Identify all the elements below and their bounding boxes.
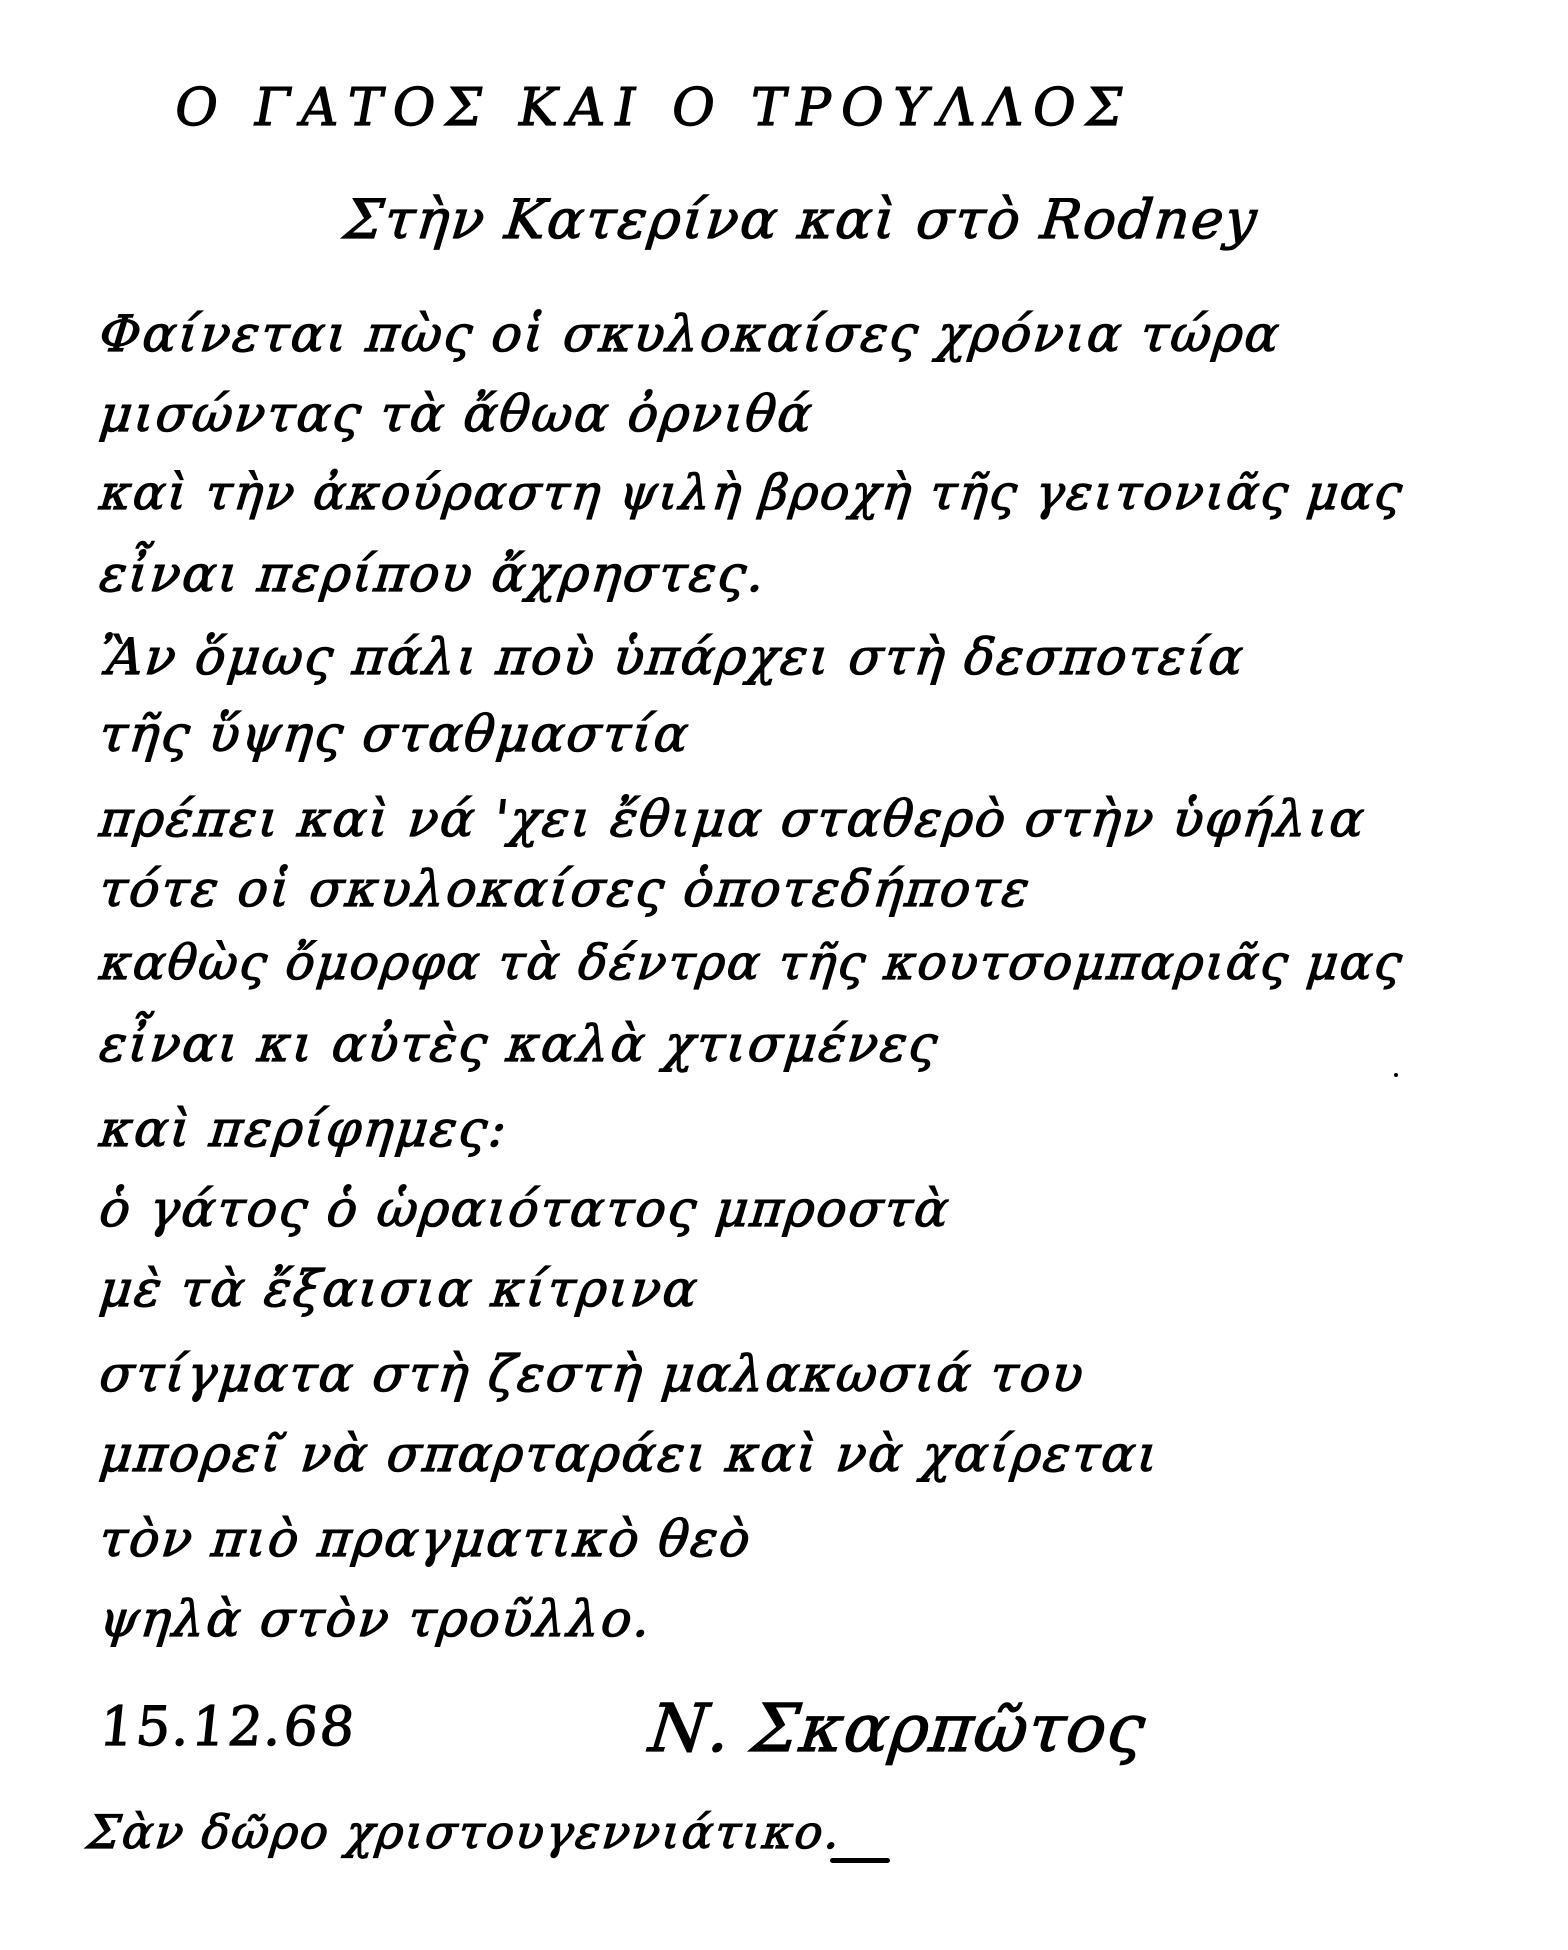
poem-line: τότε οἱ σκυλοκαίσες ὁποτεδήποτε [97, 860, 1034, 918]
poem-line: ὁ γάτος ὁ ὡραιότατος μπροστὰ [97, 1180, 954, 1238]
postscript: Σὰν δῶρο χριστουγεννιάτικο. [85, 1805, 844, 1859]
poem-line: καὶ τὴν ἀκούραστη ψιλὴ βροχὴ τῆς γειτονι… [97, 465, 1407, 521]
poem-line: καθὼς ὄμορφα τὰ δέντρα τῆς κουτσομπαριᾶς… [97, 935, 1406, 991]
closing-dash [830, 1858, 890, 1863]
ink-speck [1394, 1073, 1398, 1077]
dedication: Στὴν Κατερίνα καὶ στὸ Rodney [342, 188, 1262, 251]
poem-line: τῆς ὕψης σταθμαστία [97, 705, 693, 763]
poem-line: ψηλὰ στὸν τροῦλλο. [97, 1590, 655, 1648]
handwritten-manuscript-page: Ο ΓΑΤΟΣ ΚΑΙ Ο ΤΡΟΥΛΛΟΣ Στὴν Κατερίνα καὶ… [0, 0, 1568, 1950]
poem-line: εἶναι κι αὐτὲς καλὰ χτισμένες [97, 1015, 942, 1073]
poem-line: μὲ τὰ ἔξαισια κίτρινα [97, 1260, 702, 1318]
poem-line: καὶ περίφημες: [97, 1100, 511, 1158]
poem-line: Φαίνεται πὼς οἱ σκυλοκαίσες χρόνια τώρα [97, 305, 1284, 363]
signature: Ν. Σκαρπῶτος [646, 1690, 1150, 1767]
poem-line: πρέπει καὶ νά 'χει ἔθιμα σταθερὸ στὴν ὑφ… [97, 790, 1369, 848]
poem-title: Ο ΓΑΤΟΣ ΚΑΙ Ο ΤΡΟΥΛΛΟΣ [170, 78, 1138, 138]
poem-line: μπορεῖ νὰ σπαρταράει καὶ νὰ χαίρεται [97, 1425, 1162, 1483]
poem-line: στίγματα στὴ ζεστὴ μαλακωσιά του [97, 1345, 1088, 1403]
poem-line: εἶναι περίπου ἄχρηστες. [97, 545, 769, 603]
poem-line: Ἂν ὅμως πάλι ποὺ ὑπάρχει στὴ δεσποτεία [97, 628, 1248, 686]
date: 15.12.68 [97, 1695, 360, 1758]
poem-line: μισώντας τὰ ἄθωα ὀρνιθά [97, 385, 817, 443]
poem-line: τὸν πιὸ πραγματικὸ θεὸ [97, 1510, 755, 1568]
